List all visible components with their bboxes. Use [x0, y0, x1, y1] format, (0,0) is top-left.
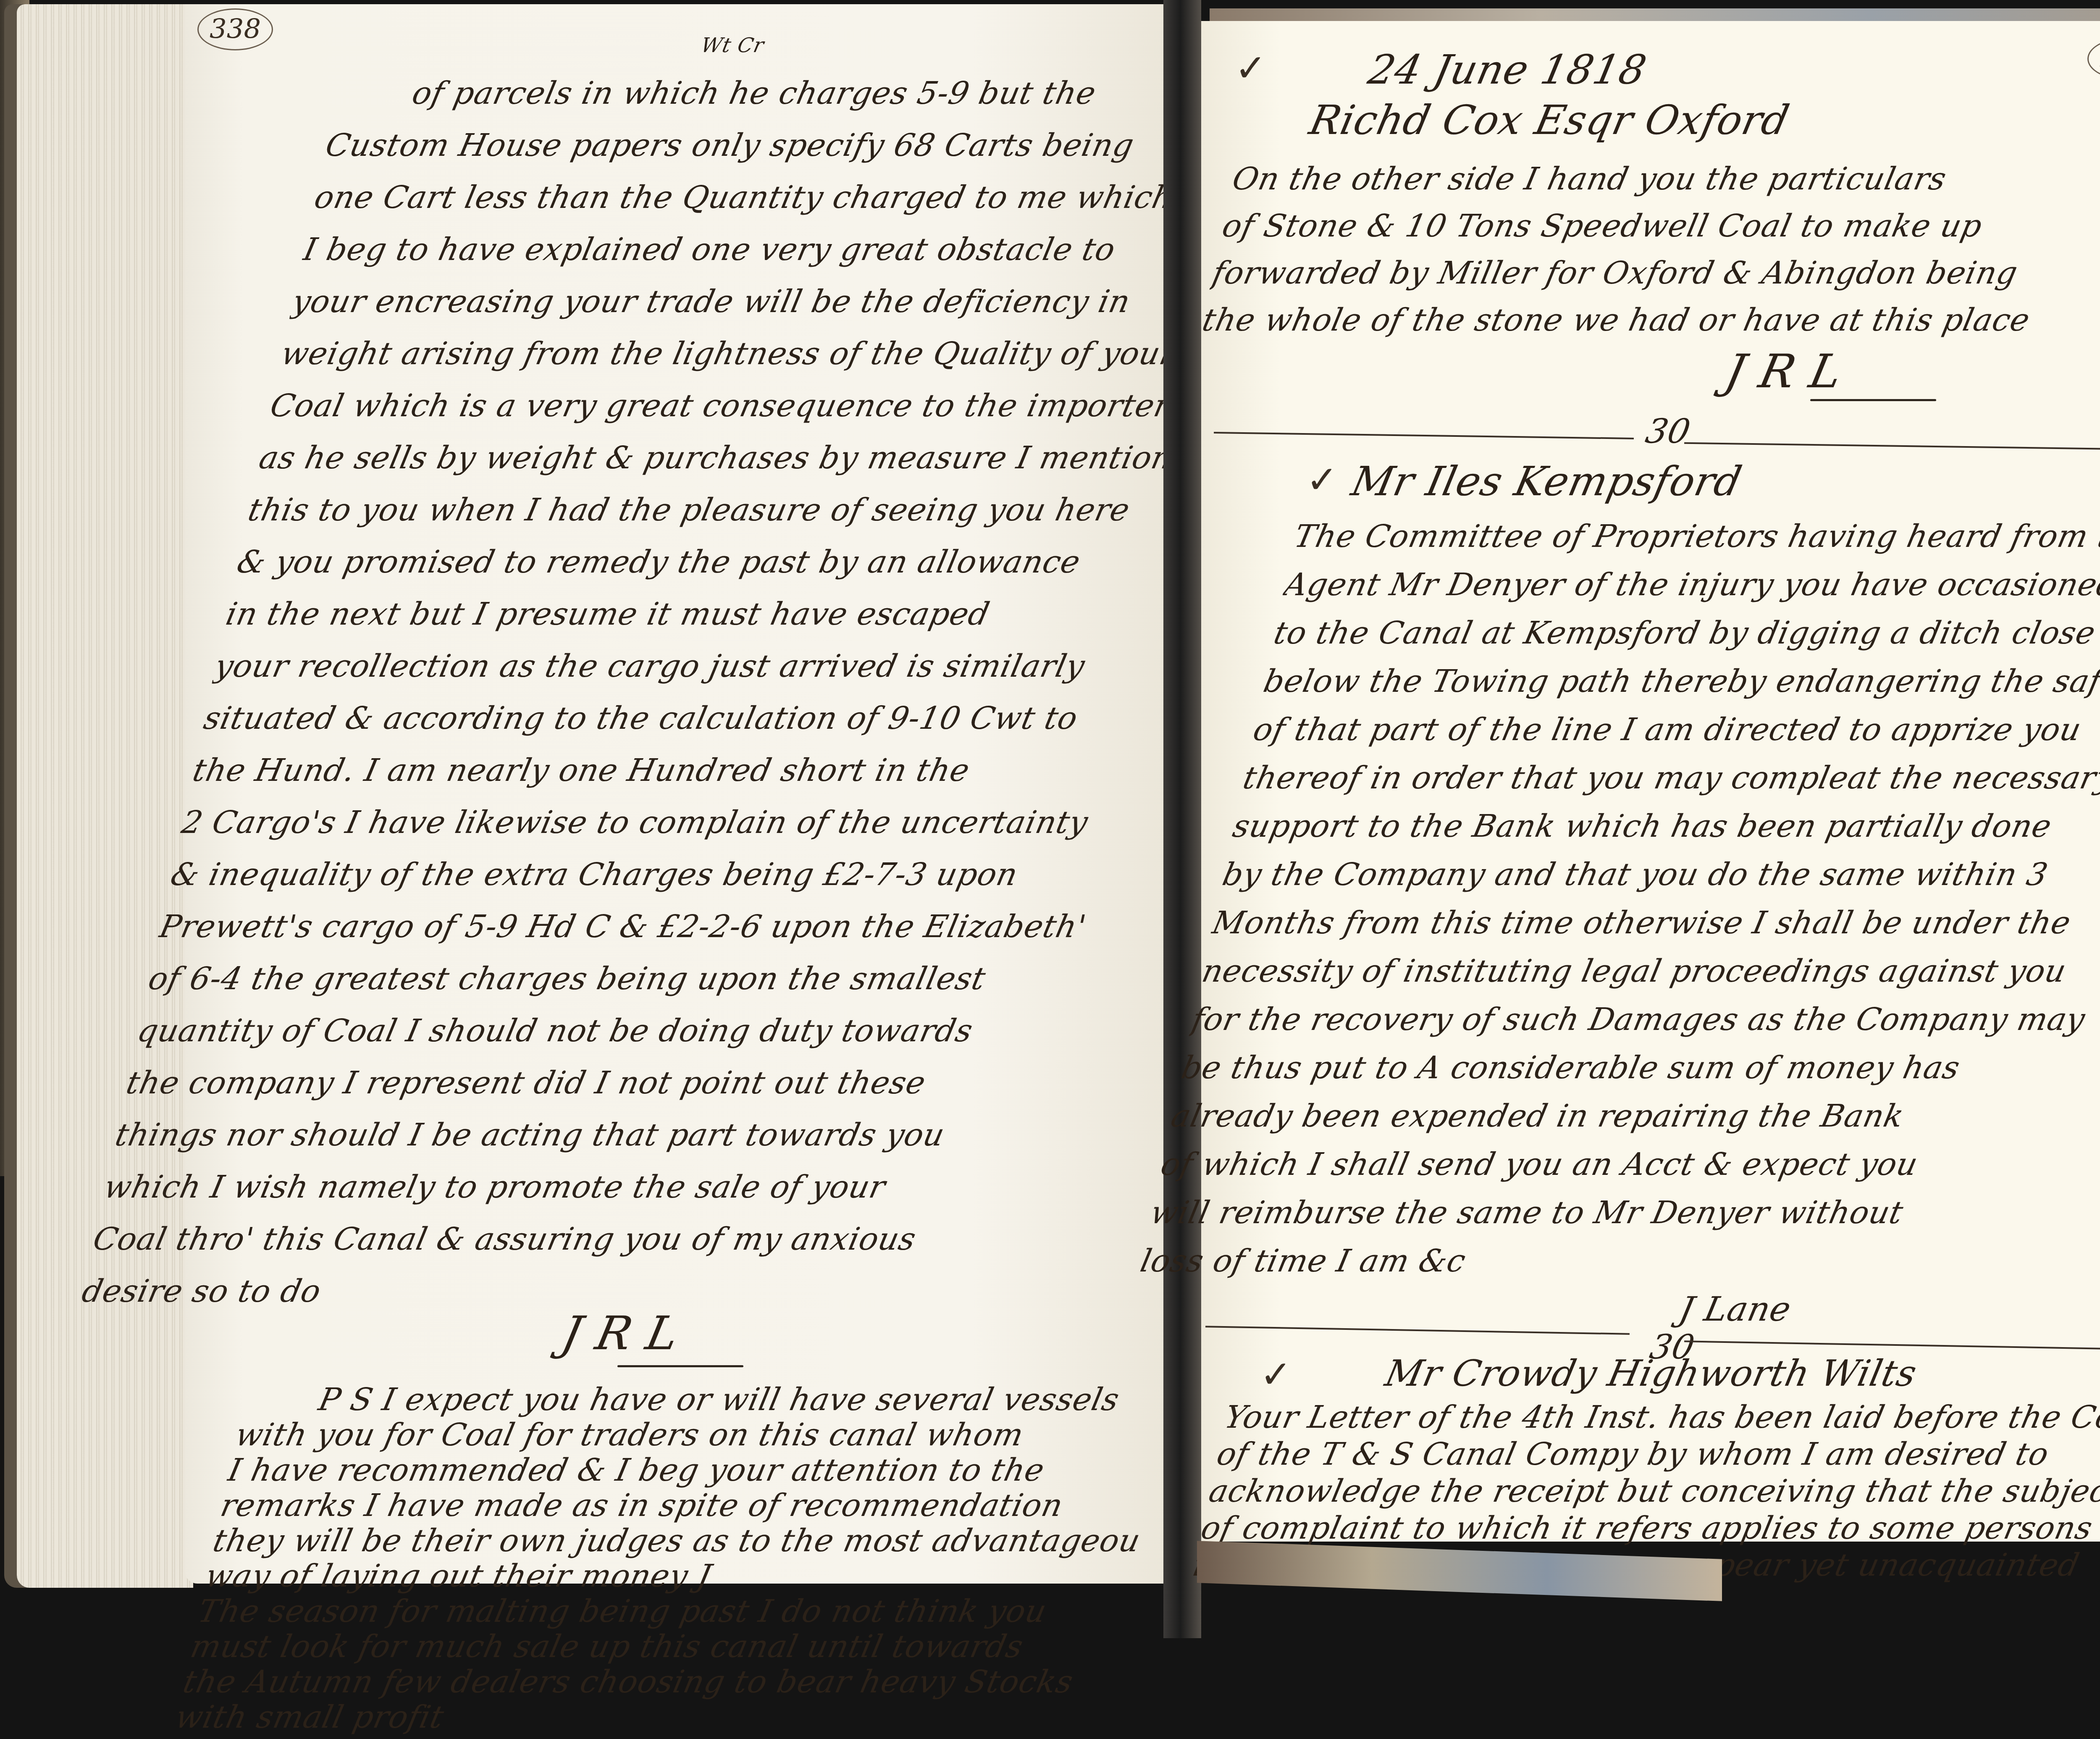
text-line: Months from this time otherwise I shall …: [1208, 899, 2100, 947]
text-line: situated & according to the calculation …: [199, 692, 1134, 744]
text-line: I beg to have explained one very great o…: [299, 223, 1234, 276]
text-line: of which I shall send you an Acct & expe…: [1156, 1140, 2100, 1189]
text-line: with small profit: [173, 1700, 1104, 1735]
entry-body: The Committee of Proprietors having hear…: [1136, 512, 2100, 1285]
text-line: acknowledge the receipt but conceiving t…: [1206, 1473, 2100, 1510]
entry-divider: [1684, 1340, 2100, 1349]
text-line: the Hund. I am nearly one Hundred short …: [188, 744, 1123, 796]
text-line: Agent Mr Denyer of the injury you have o…: [1280, 561, 2100, 609]
text-line: P S I expect you have or will have sever…: [240, 1382, 1171, 1417]
text-line: The Committee of Proprietors having hear…: [1290, 512, 2100, 561]
text-line: already been expended in repairing the B…: [1167, 1092, 2100, 1140]
marginal-note: Wt Cr: [699, 34, 766, 57]
text-line: remarks I have made as in spite of recom…: [218, 1488, 1149, 1523]
page-block-edge: [17, 4, 193, 1588]
text-line: your recollection as the cargo just arri…: [210, 640, 1145, 692]
signature-rule: [1810, 399, 1936, 401]
entry-date: 24 June 1818: [1364, 46, 1651, 93]
text-line: of parcels in which he charges 5-9 but t…: [332, 67, 1267, 119]
entry-signature: J Lane: [1676, 1290, 1795, 1329]
text-line: desire so to do: [77, 1265, 1012, 1317]
text-line: Coal thro' this Canal & assuring you of …: [88, 1213, 1023, 1265]
entry-date: 30: [1642, 412, 1694, 451]
text-line: with you for Coal for traders on this ca…: [233, 1417, 1164, 1453]
signature-rule: [617, 1365, 743, 1367]
text-line: & inequality of the extra Charges being …: [166, 848, 1101, 901]
entry-body: On the other side I hand you the particu…: [1198, 155, 2100, 344]
text-line: way of laying out their money J: [202, 1558, 1134, 1594]
entry-divider: [1684, 442, 2100, 450]
check-mark-icon: ✓: [1260, 1353, 1291, 1397]
book-gutter: [1163, 0, 1201, 1638]
text-line: of the T & S Canal Compy by whom I am de…: [1213, 1436, 2100, 1473]
text-line: will reimburse the same to Mr Denyer wit…: [1146, 1189, 2100, 1237]
text-line: your encreasing your trade will be the d…: [287, 276, 1222, 328]
text-line: to the Canal at Kempsford by digging a d…: [1269, 609, 2100, 657]
text-line: Custom House papers only specify 68 Cart…: [321, 119, 1256, 171]
text-line: of that part of the line I am directed t…: [1249, 706, 2100, 754]
entry-addressee: Mr Iles Kempsford: [1347, 458, 1746, 505]
text-line: forwarded by Miller for Oxford & Abingdo…: [1208, 250, 2100, 297]
text-line: 2 Cargo's I have likewise to complain of…: [177, 796, 1112, 848]
entry-signature: J R L: [1720, 344, 1847, 398]
text-line: Your Letter of the 4th Inst. has been la…: [1221, 1399, 2100, 1436]
text-line: the Autumn few dealers choosing to bear …: [180, 1664, 1112, 1700]
text-line: the whole of the stone we had or have at…: [1198, 297, 2100, 344]
text-line: On the other side I hand you the particu…: [1228, 155, 2100, 202]
text-line: which I wish namely to promote the sale …: [99, 1161, 1034, 1213]
right-page: 339 ✓ 24 June 1818 Richd Cox Esqr Oxford…: [1201, 21, 2100, 1542]
entry-addressee: Mr Crowdy Highworth Wilts: [1381, 1353, 1920, 1395]
postscript: P S I expect you have or will have sever…: [173, 1382, 1172, 1735]
entry-addressee: Richd Cox Esqr Oxford: [1305, 97, 1793, 144]
text-line: must look for much sale up this canal un…: [187, 1629, 1119, 1664]
text-line: necessity of instituting legal proceedin…: [1197, 947, 2100, 996]
check-mark-icon: ✓: [1235, 46, 1266, 90]
text-line: things nor should I be acting that part …: [110, 1109, 1045, 1161]
entry-divider: [1205, 1326, 1630, 1335]
text-line: by the Company and that you do the same …: [1218, 851, 2100, 899]
signature-left: J R L: [557, 1306, 684, 1360]
text-line: thereof in order that you may compleat t…: [1239, 754, 2100, 802]
text-line: below the Towing path thereby endangerin…: [1259, 657, 2100, 706]
text-line: they will be their own judges as to the …: [210, 1523, 1142, 1558]
text-line: quantity of Coal I should not be doing d…: [133, 1005, 1068, 1057]
page-number-right: 339: [2087, 38, 2100, 80]
text-line: I have recommended & I beg your attentio…: [225, 1453, 1157, 1488]
text-line: of Stone & 10 Tons Speedwell Coal to mak…: [1218, 202, 2100, 250]
text-line: Coal which is a very great consequence t…: [265, 380, 1200, 432]
page-number-left: 338: [197, 8, 273, 50]
text-line: weight arising from the lightness of the…: [276, 328, 1211, 380]
text-line: of 6-4 the greatest charges being upon t…: [144, 953, 1079, 1005]
left-page: 338 Wt Cr of parcels in which he charges…: [185, 4, 1168, 1584]
text-line: the company I represent did I not point …: [121, 1057, 1056, 1109]
text-line: in the next but I presume it must have e…: [221, 588, 1156, 640]
text-line: of complaint to which it refers applies …: [1198, 1510, 2100, 1547]
text-line: be thus put to A considerable sum of mon…: [1177, 1044, 2100, 1092]
text-line: The season for malting being past I do n…: [195, 1594, 1126, 1629]
text-line: loss of time I am &c: [1136, 1237, 2100, 1285]
text-line: support to the Bank which has been parti…: [1228, 802, 2100, 851]
letter-continuation: of parcels in which he charges 5-9 but t…: [77, 67, 1267, 1317]
text-line: one Cart less than the Quantity charged …: [310, 171, 1244, 223]
text-line: for the recovery of such Damages as the …: [1187, 996, 2100, 1044]
text-line: this to you when I had the pleasure of s…: [243, 484, 1178, 536]
check-mark-icon: ✓: [1306, 458, 1338, 502]
text-line: & you promised to remedy the past by an …: [232, 536, 1167, 588]
text-line: Prewett's cargo of 5-9 Hd C & £2-2-6 upo…: [155, 901, 1089, 953]
entry-divider: [1214, 432, 1634, 439]
text-line: as he sells by weight & purchases by mea…: [254, 432, 1189, 484]
